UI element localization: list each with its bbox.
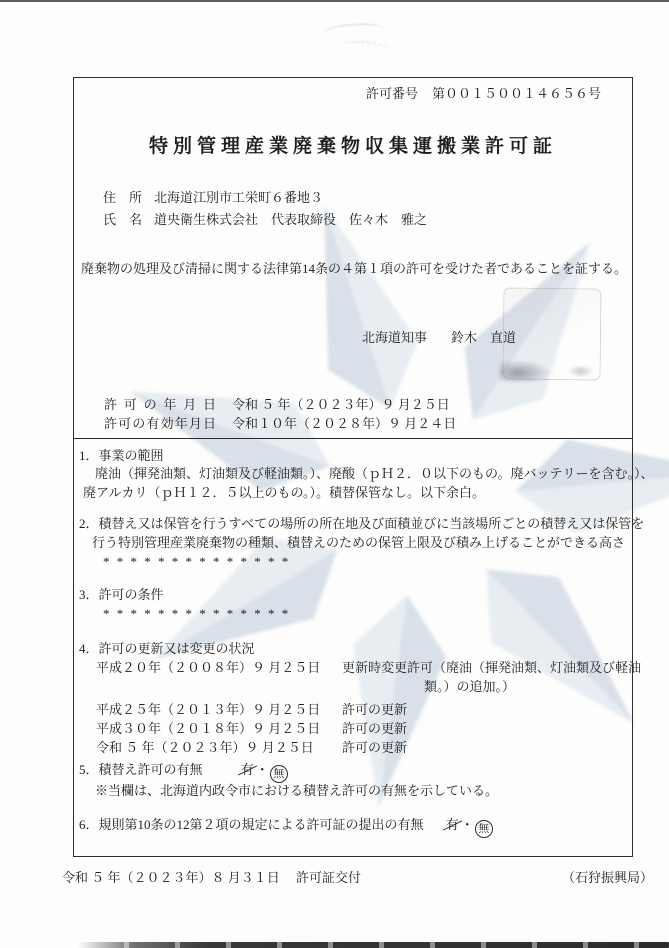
valid-date-value: 令和１０年（２０２８年）９ 月２４日: [232, 416, 456, 431]
governor-signature-row: 北海道知事鈴木 直道: [362, 330, 516, 346]
option-yes-struck: 有: [445, 817, 460, 833]
official-seal-stamp: [503, 287, 602, 380]
issue-date-label: 許可の年月日: [104, 397, 216, 413]
section6-heading: 6．規則第10条の12第２項の規定による許可証の提出の有無: [79, 817, 424, 832]
section1-heading: 1．事業の範囲: [79, 448, 164, 464]
governor-title: 北海道知事: [362, 330, 427, 345]
section5-row: 5．積替え許可の有無 有・無: [79, 762, 288, 783]
section-divider-line: [73, 438, 633, 439]
scanned-permit-document: 許可番号第００１５００１４６５６号 特別管理産業廃棄物収集運搬業許可証 住 所北…: [0, 0, 669, 948]
section1-line2: 廃アルカリ（ｐＨ１２．５以上のもの。）。積替保管なし。以下余白。: [83, 485, 485, 501]
renewal-date: 令和 ５ 年（２０２３年）９ 月２５日: [96, 740, 330, 756]
section5-note: ※当欄は、北海道内政令市における積替え許可の有無を示している。: [95, 783, 498, 799]
section5-heading: 5．積替え許可の有無: [79, 762, 203, 777]
renewal-action: 更新時変更許可（廃油（揮発油類、灯油類及び軽油: [342, 660, 641, 675]
footer-bureau: （石狩振興局）: [562, 870, 653, 886]
option-no-circled: 無: [475, 820, 493, 838]
renewal-action: 許可の更新: [342, 702, 407, 717]
valid-date-label: 許可の有効年月日: [104, 416, 216, 432]
issue-date-row: 許可の年月日令和 ５ 年（２０２３年）９ 月２５日: [104, 397, 450, 413]
transfer-permit-options: 有・無: [240, 762, 288, 783]
scan-edge-top: [0, 0, 669, 2]
certification-statement: 廃棄物の処理及び清掃に関する法律第14条の４第１項の許可を受けた者であることを証…: [81, 261, 627, 277]
section3-blank-asterisks: * * * * * * * * * * * * * *: [103, 606, 290, 622]
name-value: 道央衛生株式会社 代表取締役 佐々木 雅之: [154, 212, 427, 227]
renewal-date: 平成３０年（２０１８年）９ 月２５日: [96, 721, 330, 737]
permit-number-row: 許可番号第００１５００１４６５６号: [366, 86, 601, 102]
option-separator-dot: ・: [256, 762, 269, 777]
permit-number-label: 許可番号: [366, 86, 418, 101]
renewal-row: 令和 ５ 年（２０２３年）９ 月２５日許可の更新: [96, 740, 407, 756]
section6-row: 6．規則第10条の12第２項の規定による許可証の提出の有無 有・無: [79, 817, 493, 838]
renewal-date: 平成２５年（２０１３年）９ 月２５日: [96, 702, 330, 718]
address-row: 住 所北海道江別市工栄町６番地３: [103, 190, 323, 206]
submission-options: 有・無: [445, 817, 493, 838]
governor-name: 鈴木 直道: [451, 330, 516, 345]
footer-row: 令和 ５ 年（２０２３年）８ 月３１日 許可証交付 （石狩振興局）: [62, 870, 653, 886]
section2-blank-asterisks: * * * * * * * * * * * * * *: [103, 554, 290, 570]
renewal-row: 平成２０年（２００８年）９ 月２５日更新時変更許可（廃油（揮発油類、灯油類及び軽…: [96, 660, 641, 676]
issue-date-value: 令和 ５ 年（２０２３年）９ 月２５日: [232, 397, 450, 412]
renewal-action: 許可の更新: [342, 740, 407, 755]
section4-heading: 4．許可の更新又は変更の状況: [79, 641, 255, 657]
footer-issue-date: 令和 ５ 年（２０２３年）８ 月３１日 許可証交付: [62, 870, 361, 886]
option-separator-dot: ・: [461, 817, 474, 832]
pencil-smudge: [318, 16, 402, 62]
renewal-row: 平成３０年（２０１８年）９ 月２５日許可の更新: [96, 721, 407, 737]
renewal-action-continued: 類。）の追加。）: [424, 679, 515, 695]
section1-line1: 廃油（揮発油類、灯油類及び軽油類。）、廃酸（ｐＨ２．０以下のもの。廃バッテリーを…: [95, 466, 653, 482]
address-label: 住 所: [103, 190, 142, 206]
document-title: 特別管理産業廃棄物収集運搬業許可証: [73, 135, 633, 159]
name-label: 氏 名: [103, 212, 142, 228]
section2-line2: 行う特別管理産業廃棄物の種類、積替えのための保管上限及び積み上げることができる高…: [92, 535, 625, 551]
renewal-row: 平成２５年（２０１３年）９ 月２５日許可の更新: [96, 702, 407, 718]
scan-edge-bottom: [78, 942, 669, 948]
section3-heading: 3．許可の条件: [79, 587, 164, 603]
permit-number-value: 第００１５００１４６５６号: [432, 86, 601, 101]
option-no-circled: 無: [270, 765, 288, 783]
renewal-date: 平成２０年（２００８年）９ 月２５日: [96, 660, 330, 676]
option-yes-struck: 有: [240, 762, 255, 778]
address-value: 北海道江別市工栄町６番地３: [154, 190, 323, 205]
name-row: 氏 名道央衛生株式会社 代表取締役 佐々木 雅之: [103, 212, 427, 228]
renewal-action: 許可の更新: [342, 721, 407, 736]
valid-date-row: 許可の有効年月日令和１０年（２０２８年）９ 月２４日: [104, 416, 456, 432]
section2-line1: 2．積替え又は保管を行うすべての場所の所在地及び面積並びに当該場所ごとの積替え又…: [79, 516, 644, 532]
